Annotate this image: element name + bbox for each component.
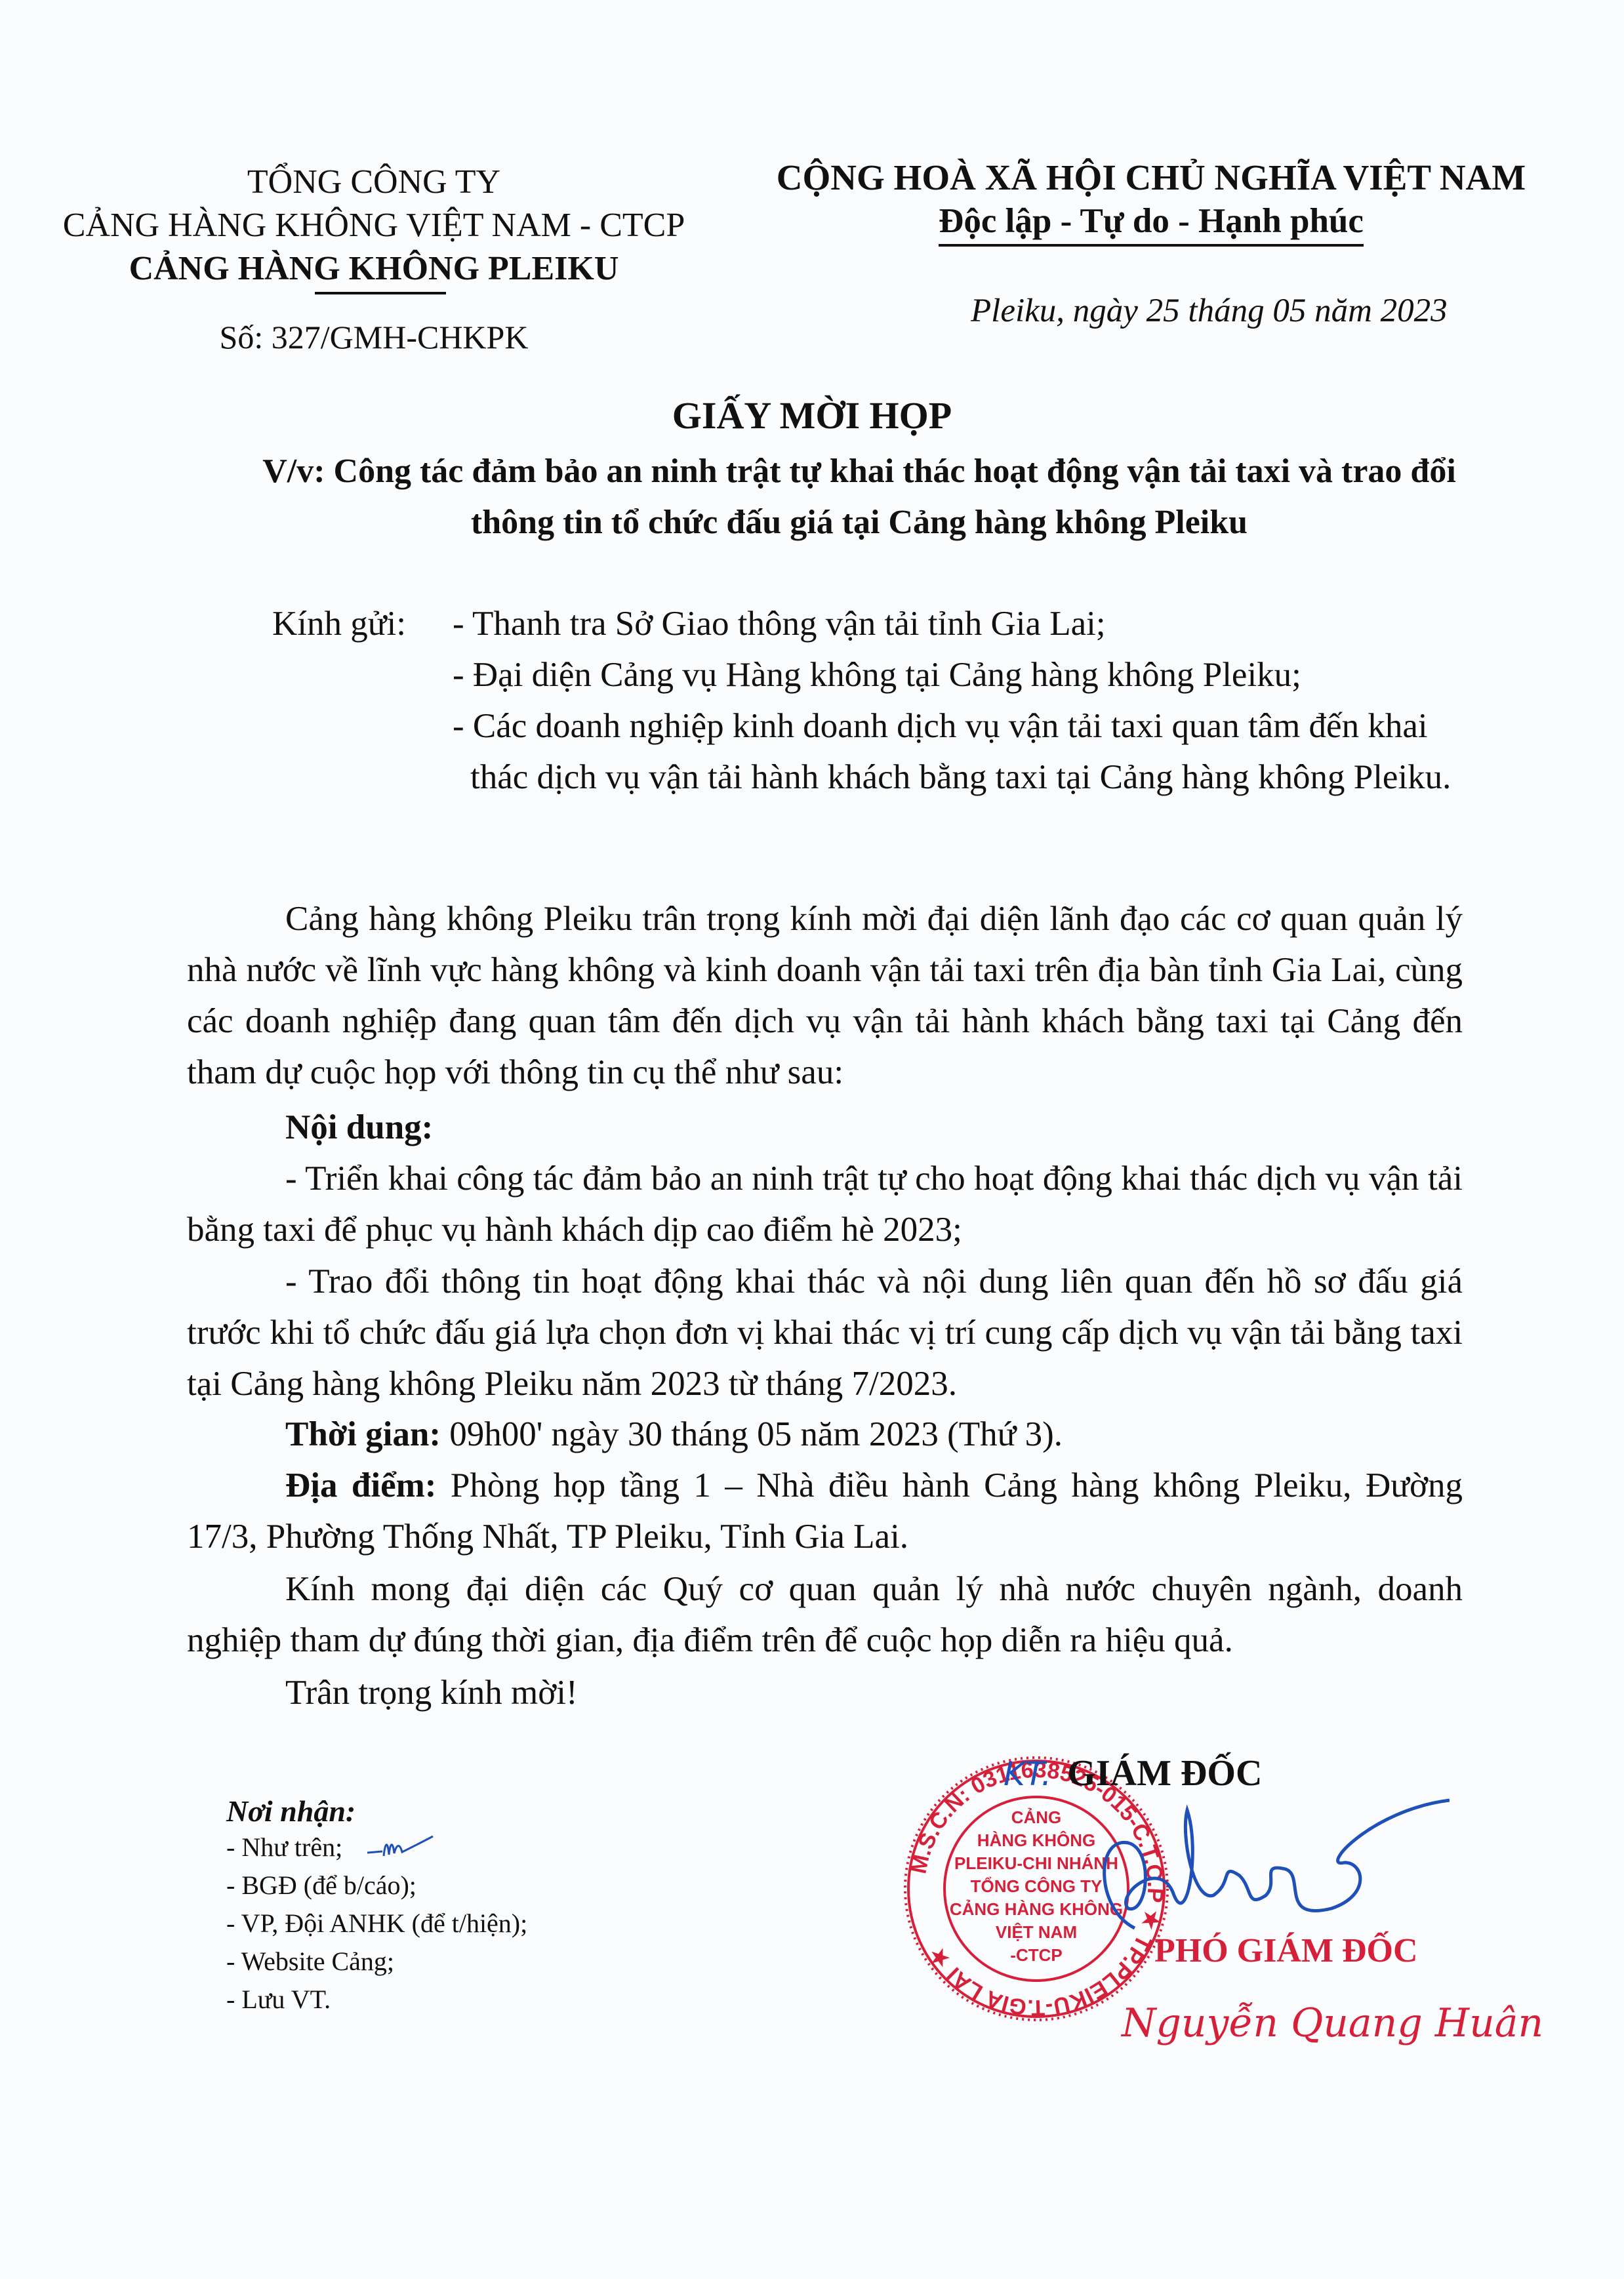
recipient-item: - Thanh tra Sở Giao thông vận tải tỉnh G… xyxy=(453,598,1472,649)
svg-text:CẢNG: CẢNG xyxy=(1011,1807,1062,1827)
recipients-label: Kính gửi: xyxy=(272,598,406,649)
distribution-label: Nơi nhận: xyxy=(226,1794,527,1828)
distribution-item: - Lưu VT. xyxy=(226,1981,527,2019)
signature-block: KT. GIÁM ĐỐC xyxy=(1004,1752,1262,1794)
kt-prefix: KT. xyxy=(1004,1755,1051,1793)
document-title: GIẤY MỜI HỌP xyxy=(0,393,1624,437)
distribution-item: - VP, Đội ANHK (để t/hiện); xyxy=(226,1905,527,1943)
recipient-item: - Các doanh nghiệp kinh doanh dịch vụ vậ… xyxy=(453,700,1472,803)
distribution-block: Nơi nhận: - Như trên; - BGĐ (để b/cáo); … xyxy=(226,1794,527,2019)
national-header: CỘNG HOÀ XÃ HỘI CHỦ NGHĨA VIỆT NAM Độc l… xyxy=(708,156,1594,247)
signer-name: Nguyễn Quang Huân xyxy=(1122,2000,1543,2046)
content-item: - Trao đổi thông tin hoạt động khai thác… xyxy=(187,1256,1463,1409)
director-role: GIÁM ĐỐC xyxy=(1067,1753,1262,1794)
distribution-item: - Website Cảng; xyxy=(226,1943,527,1981)
deputy-director-role: PHÓ GIÁM ĐỐC xyxy=(1154,1931,1418,1970)
handwritten-signature-icon xyxy=(1056,1797,1450,1954)
intro-paragraph: Cảng hàng không Pleiku trân trọng kính m… xyxy=(187,893,1463,1098)
issuer-name: CẢNG HÀNG KHÔNG PLEIKU xyxy=(26,247,721,291)
issuer-header: TỔNG CÔNG TY CẢNG HÀNG KHÔNG VIỆT NAM - … xyxy=(26,161,721,356)
parent-org: TỔNG CÔNG TY xyxy=(26,161,721,204)
recipients-block: Kính gửi: - Thanh tra Sở Giao thông vận … xyxy=(272,598,1472,803)
content-item: - Triển khai công tác đảm bảo an ninh tr… xyxy=(187,1153,1463,1255)
meeting-time: Thời gian: 09h00' ngày 30 tháng 05 năm 2… xyxy=(187,1409,1463,1460)
initials-mark-icon xyxy=(364,1830,436,1863)
national-title: CỘNG HOÀ XÃ HỘI CHỦ NGHĨA VIỆT NAM xyxy=(708,156,1594,199)
place-date: Pleiku, ngày 25 tháng 05 năm 2023 xyxy=(971,292,1448,330)
recipients-list: - Thanh tra Sở Giao thông vận tải tỉnh G… xyxy=(272,598,1472,803)
place-label: Địa điểm: xyxy=(285,1466,436,1504)
closing-request: Kính mong đại diện các Quý cơ quan quản … xyxy=(187,1563,1463,1666)
document-number: Số: 327/GMH-CHKPK xyxy=(26,318,721,356)
document-subject: V/v: Công tác đảm bảo an ninh trật tự kh… xyxy=(249,446,1469,548)
meeting-place: Địa điểm: Phòng họp tầng 1 – Nhà điều hà… xyxy=(187,1460,1463,1562)
svg-text:-CTCP: -CTCP xyxy=(1010,1945,1062,1965)
distribution-item: - BGĐ (để b/cáo); xyxy=(226,1866,527,1905)
time-label: Thời gian: xyxy=(285,1415,441,1453)
national-motto: Độc lập - Tự do - Hạnh phúc xyxy=(939,199,1364,247)
issuer-underline xyxy=(315,292,446,294)
recipient-item: - Đại diện Cảng vụ Hàng không tại Cảng h… xyxy=(453,649,1472,700)
closing-phrase: Trân trọng kính mời! xyxy=(187,1667,1463,1718)
time-value: 09h00' ngày 30 tháng 05 năm 2023 (Thứ 3)… xyxy=(441,1415,1063,1453)
content-heading: Nội dung: xyxy=(187,1102,1463,1153)
parent-org-name: CẢNG HÀNG KHÔNG VIỆT NAM - CTCP xyxy=(26,204,721,247)
